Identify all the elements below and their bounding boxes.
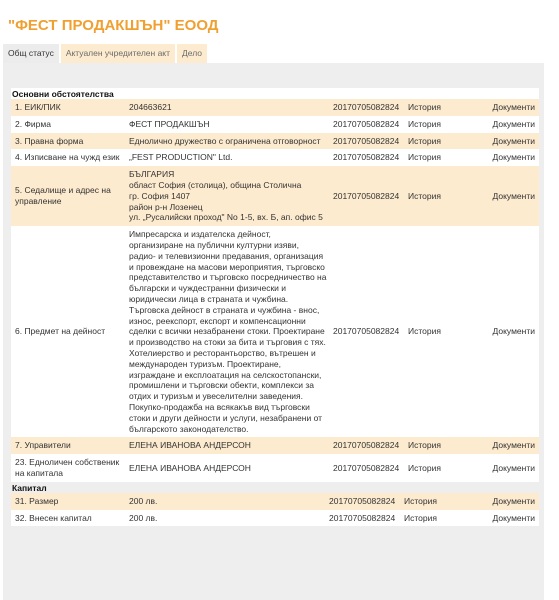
row-label: 1. ЕИК/ПИК (11, 99, 129, 116)
entry-number: 20170705082824 (333, 226, 408, 437)
capital-table: 31. Размер200 лв.20170705082824ИсторияДо… (11, 493, 539, 527)
table-row: 2. ФирмаФЕСТ ПРОДАКШЪН20170705082824Исто… (11, 116, 539, 133)
documents-link[interactable]: Документи (478, 437, 539, 454)
entry-number: 20170705082824 (333, 99, 408, 116)
row-value: Импресарска и издателска дейност, органи… (129, 226, 333, 437)
section-header-main: Основни обстоятелства (11, 88, 539, 99)
address-line: област София (столица), община Столична (129, 180, 327, 191)
documents-link[interactable]: Документи (478, 226, 539, 437)
history-link[interactable]: История (404, 493, 478, 510)
documents-link[interactable]: Документи (478, 510, 539, 527)
documents-link[interactable]: Документи (478, 99, 539, 116)
address-line: гр. София 1407 (129, 191, 327, 202)
row-label: 2. Фирма (11, 116, 129, 133)
address-line: БЪЛГАРИЯ (129, 169, 327, 180)
documents-link[interactable]: Документи (478, 166, 539, 226)
table-row: 5. Седалище и адрес на управлениеБЪЛГАРИ… (11, 166, 539, 226)
row-value: 204663621 (129, 99, 333, 116)
history-link[interactable]: История (408, 133, 478, 150)
status-panel: Основни обстоятелства 1. ЕИК/ПИК20466362… (3, 63, 544, 600)
row-value: ЕЛЕНА ИВАНОВА АНДЕРСОН (129, 437, 333, 454)
row-label: 5. Седалище и адрес на управление (11, 166, 129, 226)
entry-number: 20170705082824 (333, 454, 408, 482)
table-row: 7. УправителиЕЛЕНА ИВАНОВА АНДЕРСОН20170… (11, 437, 539, 454)
table-row: 3. Правна формаЕднолично дружество с огр… (11, 133, 539, 150)
row-label: 4. Изписване на чужд език (11, 149, 129, 166)
row-value: „FEST PRODUCTION" Ltd. (129, 149, 333, 166)
documents-link[interactable]: Документи (478, 133, 539, 150)
tab-bar: Общ статус Актуален учредителен акт Дело (3, 44, 207, 63)
address-line: район р-н Лозенец (129, 202, 327, 213)
documents-link[interactable]: Документи (478, 116, 539, 133)
row-value: ФЕСТ ПРОДАКШЪН (129, 116, 333, 133)
tab-current-founding-act[interactable]: Актуален учредителен акт (61, 44, 175, 63)
table-row: 4. Изписване на чужд език„FEST PRODUCTIO… (11, 149, 539, 166)
history-link[interactable]: История (408, 454, 478, 482)
row-value: 200 лв. (129, 493, 329, 510)
documents-link[interactable]: Документи (478, 493, 539, 510)
company-title: "ФЕСТ ПРОДАКШЪН" ЕООД (8, 17, 219, 34)
row-value: 200 лв. (129, 510, 329, 527)
entry-number: 20170705082824 (333, 437, 408, 454)
entry-number: 20170705082824 (333, 149, 408, 166)
row-value: ЕЛЕНА ИВАНОВА АНДЕРСОН (129, 454, 333, 482)
table-row: 23. Едноличен собственик на капиталаЕЛЕН… (11, 454, 539, 482)
tab-case[interactable]: Дело (177, 44, 207, 63)
history-link[interactable]: История (408, 166, 478, 226)
row-label: 6. Предмет на дейност (11, 226, 129, 437)
section-header-capital: Капитал (11, 482, 539, 493)
table-row: 32. Внесен капитал200 лв.20170705082824И… (11, 510, 539, 527)
main-circumstances-table: 1. ЕИК/ПИК20466362120170705082824История… (11, 99, 539, 482)
entry-number: 20170705082824 (333, 166, 408, 226)
row-label: 3. Правна форма (11, 133, 129, 150)
entry-number: 20170705082824 (329, 493, 404, 510)
history-link[interactable]: История (404, 510, 478, 527)
history-link[interactable]: История (408, 149, 478, 166)
history-link[interactable]: История (408, 226, 478, 437)
table-row: 1. ЕИК/ПИК20466362120170705082824История… (11, 99, 539, 116)
tab-general-status[interactable]: Общ статус (3, 44, 59, 63)
entry-number: 20170705082824 (333, 116, 408, 133)
history-link[interactable]: История (408, 99, 478, 116)
row-label: 23. Едноличен собственик на капитала (11, 454, 129, 482)
documents-link[interactable]: Документи (478, 454, 539, 482)
row-label: 32. Внесен капитал (11, 510, 129, 527)
entry-number: 20170705082824 (329, 510, 404, 527)
history-link[interactable]: История (408, 437, 478, 454)
status-content: Основни обстоятелства 1. ЕИК/ПИК20466362… (11, 88, 539, 526)
table-row: 6. Предмет на дейностИмпресарска и издат… (11, 226, 539, 437)
row-value: Еднолично дружество с ограничена отговор… (129, 133, 333, 150)
table-row: 31. Размер200 лв.20170705082824ИсторияДо… (11, 493, 539, 510)
row-value: БЪЛГАРИЯобласт София (столица), община С… (129, 166, 333, 226)
address-line: ул. „Русалийски проход" No 1-5, вх. Б, а… (129, 212, 327, 223)
documents-link[interactable]: Документи (478, 149, 539, 166)
history-link[interactable]: История (408, 116, 478, 133)
entry-number: 20170705082824 (333, 133, 408, 150)
row-label: 31. Размер (11, 493, 129, 510)
row-label: 7. Управители (11, 437, 129, 454)
